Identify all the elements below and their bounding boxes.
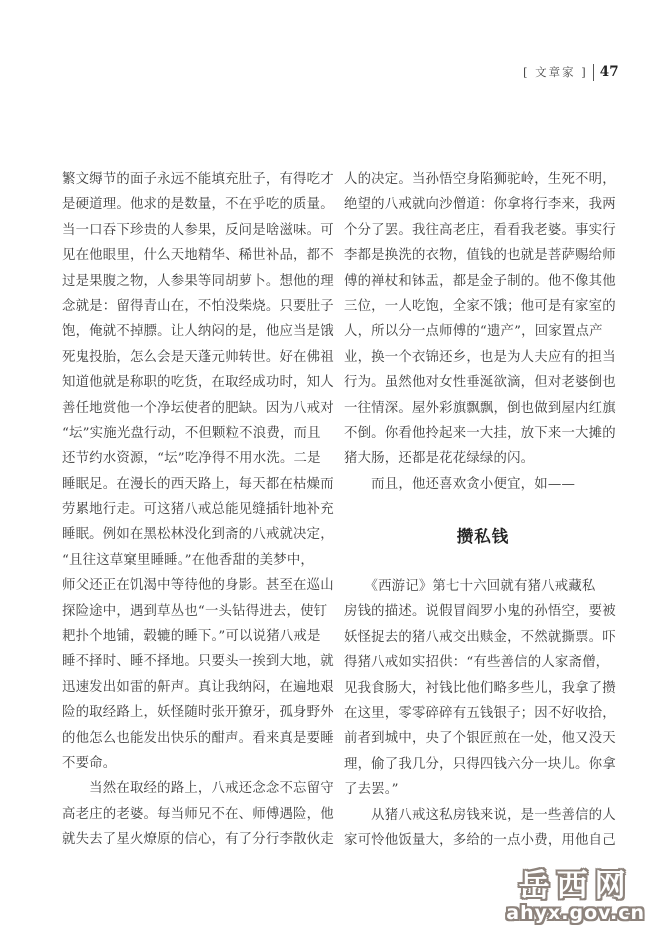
text-line: 善任地赏他一个净坛使者的肥缺。因为八戒对	[62, 396, 340, 421]
text-line: 就失去了星火燎原的信心，有了分行李散伙走	[62, 827, 340, 852]
text-line: 当然在取经的路上，八戒还念念不忘留守	[62, 776, 340, 801]
text-line: 见我食肠大，衬钱比他们略多些儿，我拿了攒	[344, 676, 622, 701]
right-column-top-block: 人的决定。当孙悟空身陷狮驼岭，生死不明，绝望的八戒就向沙僧道：你拿将行李来，我两…	[344, 167, 622, 497]
right-text-column: 人的决定。当孙悟空身陷狮驼岭，生死不明，绝望的八戒就向沙僧道：你拿将行李来，我两…	[344, 167, 622, 853]
text-line: 师父还正在饥渴中等待他的身影。甚至在巡山	[62, 573, 340, 598]
text-line: 一往情深。屋外彩旗飘飘，倒也做到屋内红旗	[344, 396, 622, 421]
text-line: 家可怜他饭量大，多给的一点小费，用他自己	[344, 828, 622, 853]
left-text-column: 繁文缛节的面子永远不能填充肚子，有得吃才是硬道理。他求的是数量，不在乎吃的质量。…	[62, 167, 340, 853]
page-number: 47	[600, 64, 619, 80]
text-line: 见在他眼里，什么天地精华、稀世补品，都不	[62, 243, 340, 268]
text-line: 迅速发出如雷的鼾声。真让我纳闷，在遍地艰	[62, 675, 340, 700]
text-line: 睡眠。例如在黑松林没化到斋的八戒就决定，	[62, 522, 340, 547]
text-line: 猪大肠，还都是花花绿绿的闪。	[344, 446, 622, 471]
text-line: 念就是：留得青山在，不怕没柴烧。只要肚子	[62, 294, 340, 319]
text-line: 劳累地行走。可这猪八戒总能见缝插针地补充	[62, 497, 340, 522]
text-line: 耙扑个地铺，毂辘的睡下。”可以说猪八戒是	[62, 624, 340, 649]
text-line: 还节约水资源，“坛”吃净得不用水洗。二是	[62, 446, 340, 471]
text-line: 过是果腹之物，人参果等同胡萝卜。想他的理	[62, 269, 340, 294]
text-line: 房钱的描述。说假冒阎罗小鬼的孙悟空，要被	[344, 599, 622, 624]
text-line: 睡不择时、睡不择地。只要头一挨到大地，就	[62, 649, 340, 674]
text-line: 不要命。	[62, 751, 340, 776]
text-line: 人的决定。当孙悟空身陷狮驼岭，生死不明，	[344, 167, 622, 192]
watermark-site-url: ahyx.gov.cn	[506, 903, 645, 923]
site-watermark: 岳西网 ahyx.gov.cn	[506, 870, 645, 923]
watermark-site-name: 岳西网	[506, 870, 645, 902]
text-line: 个分了罢。我往高老庄，看看我老婆。事实行	[344, 218, 622, 243]
text-line: 死鬼投胎，怎么会是天蓬元帅转世。好在佛祖	[62, 345, 340, 370]
text-line: 前者到城中，央了个银匠煎在一处，他又没天	[344, 726, 622, 751]
header-divider	[593, 64, 594, 81]
text-line: 而且，他还喜欢贪小便宜，如——	[344, 472, 622, 497]
running-head: [ 文章家 ] 47	[523, 62, 619, 82]
text-line: 傅的禅杖和钵盂，都是金子制的。他不像其他	[344, 269, 622, 294]
text-line: 险的取经路上，妖怪随时张开獠牙，孤身野外	[62, 700, 340, 725]
text-line: 从猪八戒这私房钱来说，是一些善信的人	[344, 803, 622, 828]
text-line: 当一口吞下珍贵的人参果，反问是啥滋味。可	[62, 218, 340, 243]
text-line: 睡眠足。在漫长的西天路上，每天都在枯燥而	[62, 472, 340, 497]
text-line: 的他怎么也能发出快乐的酣声。看来真是要睡	[62, 726, 340, 751]
section-heading: 攒私钱	[344, 527, 622, 547]
text-line: 三位，一人吃饱，全家不饿；他可是有家室的	[344, 294, 622, 319]
text-line: 业，换一个衣锦还乡，也是为人夫应有的担当	[344, 345, 622, 370]
text-line: 了去罢。”	[344, 777, 622, 802]
section-label: [ 文章家 ]	[523, 64, 588, 80]
text-line: 在这里，零零碎碎有五钱银子；因不好收拾，	[344, 701, 622, 726]
text-line: 绝望的八戒就向沙僧道：你拿将行李来，我两	[344, 192, 622, 217]
text-line: 李都是换洗的衣物，值钱的也就是菩萨赐给师	[344, 243, 622, 268]
text-line: 《西游记》第七十六回就有猪八戒藏私	[344, 574, 622, 599]
text-line: 知道他就是称职的吃货，在取经成功时，知人	[62, 370, 340, 395]
text-line: 高老庄的老婆。每当师兄不在、师傅遇险，他	[62, 802, 340, 827]
right-column-bottom-block: 《西游记》第七十六回就有猪八戒藏私房钱的描述。说假冒阎罗小鬼的孙悟空，要被妖怪捉…	[344, 574, 622, 853]
text-line: “且往这草窠里睡睡。”在他香甜的美梦中，	[62, 548, 340, 573]
text-line: 繁文缛节的面子永远不能填充肚子，有得吃才	[62, 167, 340, 192]
text-line: 妖怪捉去的猪八戒交出赎金，不然就撕票。吓	[344, 625, 622, 650]
text-line: 行为。虽然他对女性垂涎欲滴，但对老婆倒也	[344, 370, 622, 395]
text-line: “坛”实施光盘行动，不但颗粒不浪费，而且	[62, 421, 340, 446]
text-line: 饱，俺就不掉膘。让人纳闷的是，他应当是饿	[62, 319, 340, 344]
text-line: 探险途中，遇到草丛也“一头钻得进去，使钉	[62, 599, 340, 624]
text-line: 人，所以分一点师傅的“遗产”，回家置点产	[344, 319, 622, 344]
text-line: 不倒。你看他拎起来一大挂，放下来一大摊的	[344, 421, 622, 446]
text-line: 理，偷了我几分，只得四钱六分一块儿。你拿	[344, 752, 622, 777]
text-line: 得猪八戒如实招供：“有些善信的人家斋僧，	[344, 650, 622, 675]
text-line: 是硬道理。他求的是数量，不在乎吃的质量。	[62, 192, 340, 217]
